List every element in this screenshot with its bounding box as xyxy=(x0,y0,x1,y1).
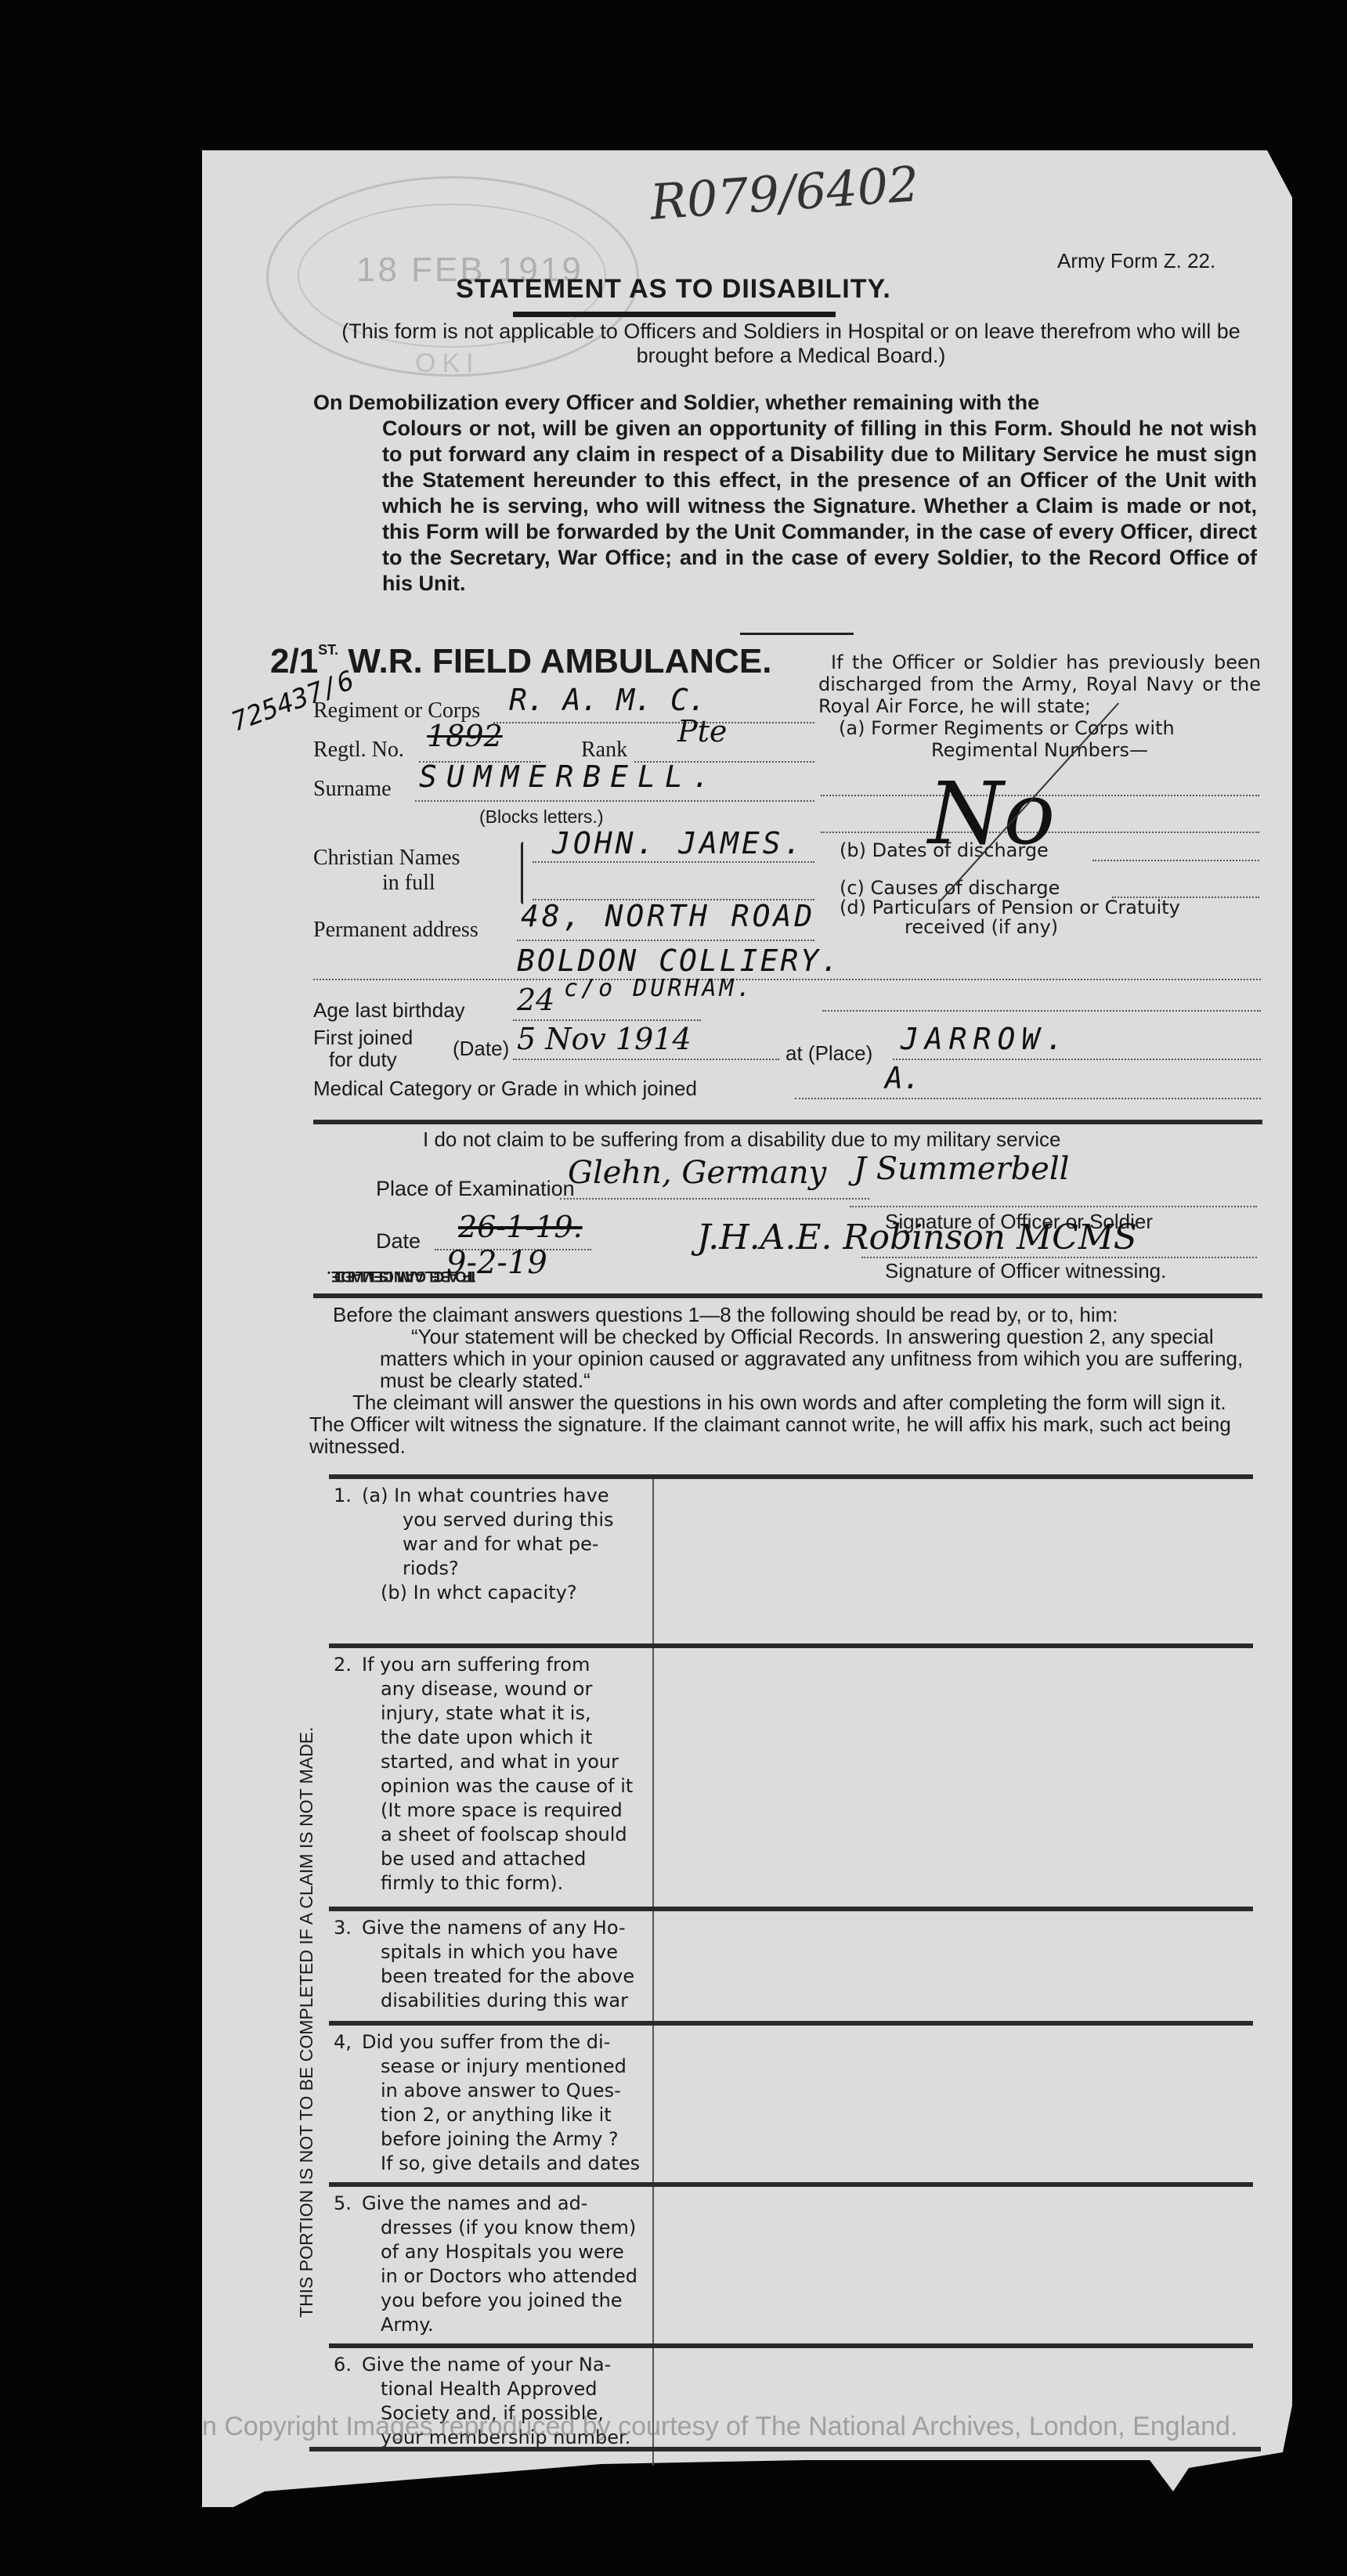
copyright-watermark: n Copyright Images reproduced by courtes… xyxy=(202,2412,1237,2442)
question-text: 4,Did you suffer from the di-sease or in… xyxy=(329,2026,654,2182)
rank-value[interactable]: Pte xyxy=(677,714,727,749)
question-row: 2.If you arn suffering fromany disease, … xyxy=(329,1643,1253,1907)
answer-field[interactable] xyxy=(654,2187,1253,2343)
cancel-side-label: TO BE CANCELLEDIF A CLAIM IS MADE. xyxy=(319,1127,366,1284)
regimental-numbers-label: Regimental Numbers— xyxy=(818,739,1261,761)
question-line: Give the namens of any Ho- xyxy=(362,1917,626,1939)
question-line: in above answer to Ques- xyxy=(334,2079,643,2103)
question-line: any disease, wound or xyxy=(334,1677,643,1701)
question-line: of any Hospitals you were xyxy=(334,2240,643,2264)
question-number: 2. xyxy=(334,1653,362,1677)
address-value-1[interactable]: 48, NORTH ROAD xyxy=(521,899,815,933)
brace xyxy=(521,842,526,904)
medical-category-label: Medical Category or Grade in which joine… xyxy=(313,1077,697,1101)
question-line: opinion was the cause of it xyxy=(334,1774,643,1799)
place-of-examination-line xyxy=(560,1198,869,1200)
christian-names-line-1 xyxy=(533,861,814,863)
title-underline xyxy=(513,312,836,317)
first-joined-date[interactable]: 5 Nov 1914 xyxy=(517,1022,692,1056)
question-line: before joining the Army ? xyxy=(334,2127,643,2152)
date-label: (Date) xyxy=(453,1037,509,1061)
date-of-examination-value[interactable]: 9-2-19 xyxy=(446,1245,547,1281)
previous-discharge-intro: If the Officer or Soldier has previously… xyxy=(818,651,1261,717)
first-joined-place[interactable]: JARROW. xyxy=(901,1022,1070,1056)
question-line: the date upon which it xyxy=(334,1726,643,1750)
document-title: STATEMENT AS TO DIISABILITY. xyxy=(0,274,1347,305)
question-row: 1.(a) In what countries haveyou served d… xyxy=(329,1474,1253,1643)
question-line: started, and what in your xyxy=(334,1750,643,1774)
christian-names-label: Christian Names xyxy=(313,846,460,871)
no-claim-statement: I do not claim to be suffering from a di… xyxy=(423,1127,1061,1152)
witness-signature-line xyxy=(861,1257,1257,1258)
question-row: 4,Did you suffer from the di-sease or in… xyxy=(329,2021,1253,2182)
regl-no-value[interactable]: 1892 xyxy=(427,719,503,753)
section-rule-top xyxy=(313,1120,1262,1124)
place-line xyxy=(893,1059,1261,1060)
soldier-signature-line xyxy=(850,1206,1257,1207)
answer-field[interactable] xyxy=(654,1479,1253,1643)
question-line: tion 2, or anything like it xyxy=(334,2103,643,2127)
question-line: sease or injury mentioned xyxy=(334,2055,643,2079)
question-number: 4, xyxy=(334,2030,362,2055)
section-rule-bottom xyxy=(313,1293,1262,1298)
address-label: Permanent address xyxy=(313,918,478,943)
question-text: 5.Give the names and ad-dresses (if you … xyxy=(329,2187,654,2343)
question-number: 6. xyxy=(334,2353,362,2377)
regiment-line xyxy=(493,722,814,723)
place-of-examination-value[interactable]: Glehn, Germany xyxy=(568,1155,826,1191)
divider xyxy=(740,633,854,635)
date-line xyxy=(513,1059,779,1060)
former-regiments-label: (a) Former Regiments or Corps with xyxy=(818,717,1261,739)
question-line: in or Doctors who attended xyxy=(334,2264,643,2289)
question-line: (It more space is required xyxy=(334,1799,643,1823)
address-value-3[interactable]: c/o DURHAM. xyxy=(564,975,754,1002)
instructions-line-1: Before the claimant answers questions 1—… xyxy=(309,1304,1257,1326)
question-text: 2.If you arn suffering fromany disease, … xyxy=(329,1648,654,1907)
intro-paragraph: On Demobilization every Officer and Sold… xyxy=(313,390,1257,597)
unit-value: W.R. FIELD AMBULANCE. xyxy=(348,642,771,680)
answer-field[interactable] xyxy=(654,1648,1253,1907)
applicability-note: (This form is not applicable to Officers… xyxy=(337,319,1245,368)
medical-category-value[interactable]: A. xyxy=(885,1061,921,1095)
unit-prefix: 2/1 xyxy=(270,642,318,680)
question-line: (b) In whct capacity? xyxy=(334,1581,643,1605)
unit-suffix: ST. xyxy=(318,642,338,658)
address-line-1 xyxy=(517,940,814,941)
regl-no-label: Regtl. No. xyxy=(313,738,404,763)
address-value-2[interactable]: BOLDON COLLIERY. xyxy=(517,943,841,978)
pension-label-2: received (if any) xyxy=(905,916,1058,938)
intro-first-line: On Demobilization every Officer and Sold… xyxy=(313,390,1257,416)
first-joined-label: First joined xyxy=(313,1026,413,1050)
form-number: Army Form Z. 22. xyxy=(1057,249,1215,273)
first-joined-label-2: for duty xyxy=(329,1048,397,1072)
question-line: dresses (if you know them) xyxy=(334,2216,643,2240)
age-value[interactable]: 24 xyxy=(517,983,554,1017)
question-line: If you arn suffering from xyxy=(362,1654,590,1676)
question-text: 3.Give the namens of any Ho-spitals in w… xyxy=(329,1911,654,2021)
christian-names-value[interactable]: JOHN. JAMES. xyxy=(552,826,805,860)
table-bottom-rule xyxy=(309,2447,1261,2452)
question-number: 5. xyxy=(334,2192,362,2216)
question-text: 1.(a) In what countries haveyou served d… xyxy=(329,1479,654,1643)
date-of-examination-label: Date xyxy=(376,1229,421,1254)
soldier-signature[interactable]: J Summerbell xyxy=(854,1151,1069,1187)
date-struck-value: 26-1-19. xyxy=(458,1210,583,1244)
pension-label: (d) Particulars of Pension or Cratuity xyxy=(840,897,1180,918)
question-row: 3.Give the namens of any Ho-spitals in w… xyxy=(329,1907,1253,2021)
christian-names-label-2: in full xyxy=(382,871,435,896)
age-label: Age last birthday xyxy=(313,998,465,1023)
instructions-line-2: The cleimant will answer the questions i… xyxy=(309,1391,1257,1457)
regiment-value[interactable]: R. A. M. C. xyxy=(509,683,706,717)
surname-hint: (Blocks letters.) xyxy=(479,806,603,828)
address-line-3 xyxy=(822,1010,1261,1012)
surname-line xyxy=(415,800,814,802)
question-line: you before you joined the xyxy=(334,2289,643,2313)
question-line: Give the name of your Na- xyxy=(362,2354,611,2376)
answer-field[interactable] xyxy=(654,2026,1253,2182)
question-line: a sheet of foolscap should xyxy=(334,1823,643,1847)
instructions: Before the claimant answers questions 1—… xyxy=(309,1304,1257,1457)
surname-value[interactable]: SUMMERBELL. xyxy=(419,759,720,794)
question-line: you served during this xyxy=(334,1508,643,1532)
witness-signature[interactable]: J.H.A.E. Robinson MCMS xyxy=(697,1218,1137,1257)
question-number: 3. xyxy=(334,1916,362,1940)
question-line: disabilities during this war xyxy=(334,1989,643,2013)
previous-discharge-answer[interactable]: No xyxy=(928,763,1055,864)
place-of-examination-label: Place of Examination xyxy=(376,1177,575,1201)
questions-table: 1.(a) In what countries haveyou served d… xyxy=(329,1474,1253,2466)
question-line: spitals in which you have xyxy=(334,1940,643,1964)
instructions-quote: “Your statement will be checked by Offic… xyxy=(309,1326,1257,1391)
question-line: Give the names and ad- xyxy=(362,2192,587,2214)
question-number: 1. xyxy=(334,1484,362,1508)
previous-discharge-section: If the Officer or Soldier has previously… xyxy=(818,651,1261,761)
address-line-2 xyxy=(313,979,1261,980)
answer-field[interactable] xyxy=(654,1911,1253,2021)
surname-label: Surname xyxy=(313,777,392,802)
question-line: be used and attached xyxy=(334,1847,643,1871)
questions-margin-note: THIS PORTION IS NOT TO BE COMPLETED IF A… xyxy=(296,1727,317,2318)
question-line: Army. xyxy=(334,2313,643,2337)
question-line: (a) In what countries have xyxy=(362,1485,609,1506)
question-line: Did you suffer from the di- xyxy=(362,2031,610,2053)
medical-category-line xyxy=(795,1098,1261,1099)
place-label: at (Place) xyxy=(785,1041,872,1066)
question-line: If so, give details and dates xyxy=(334,2152,643,2176)
question-line: tional Health Approved xyxy=(334,2377,643,2401)
witness-signature-label: Signature of Officer witnessing. xyxy=(885,1259,1166,1283)
dates-of-discharge-line xyxy=(1092,860,1259,861)
question-row: 5.Give the names and ad-dresses (if you … xyxy=(329,2182,1253,2343)
age-line xyxy=(513,1019,701,1021)
intro-body: Colours or not, will be given an opportu… xyxy=(313,416,1257,597)
question-line: firmly to thic form). xyxy=(334,1871,643,1896)
question-line: injury, state what it is, xyxy=(334,1701,643,1726)
question-line: been treated for the above xyxy=(334,1964,643,1989)
question-line: riods? xyxy=(334,1557,643,1581)
question-line: war and for what pe- xyxy=(334,1532,643,1557)
